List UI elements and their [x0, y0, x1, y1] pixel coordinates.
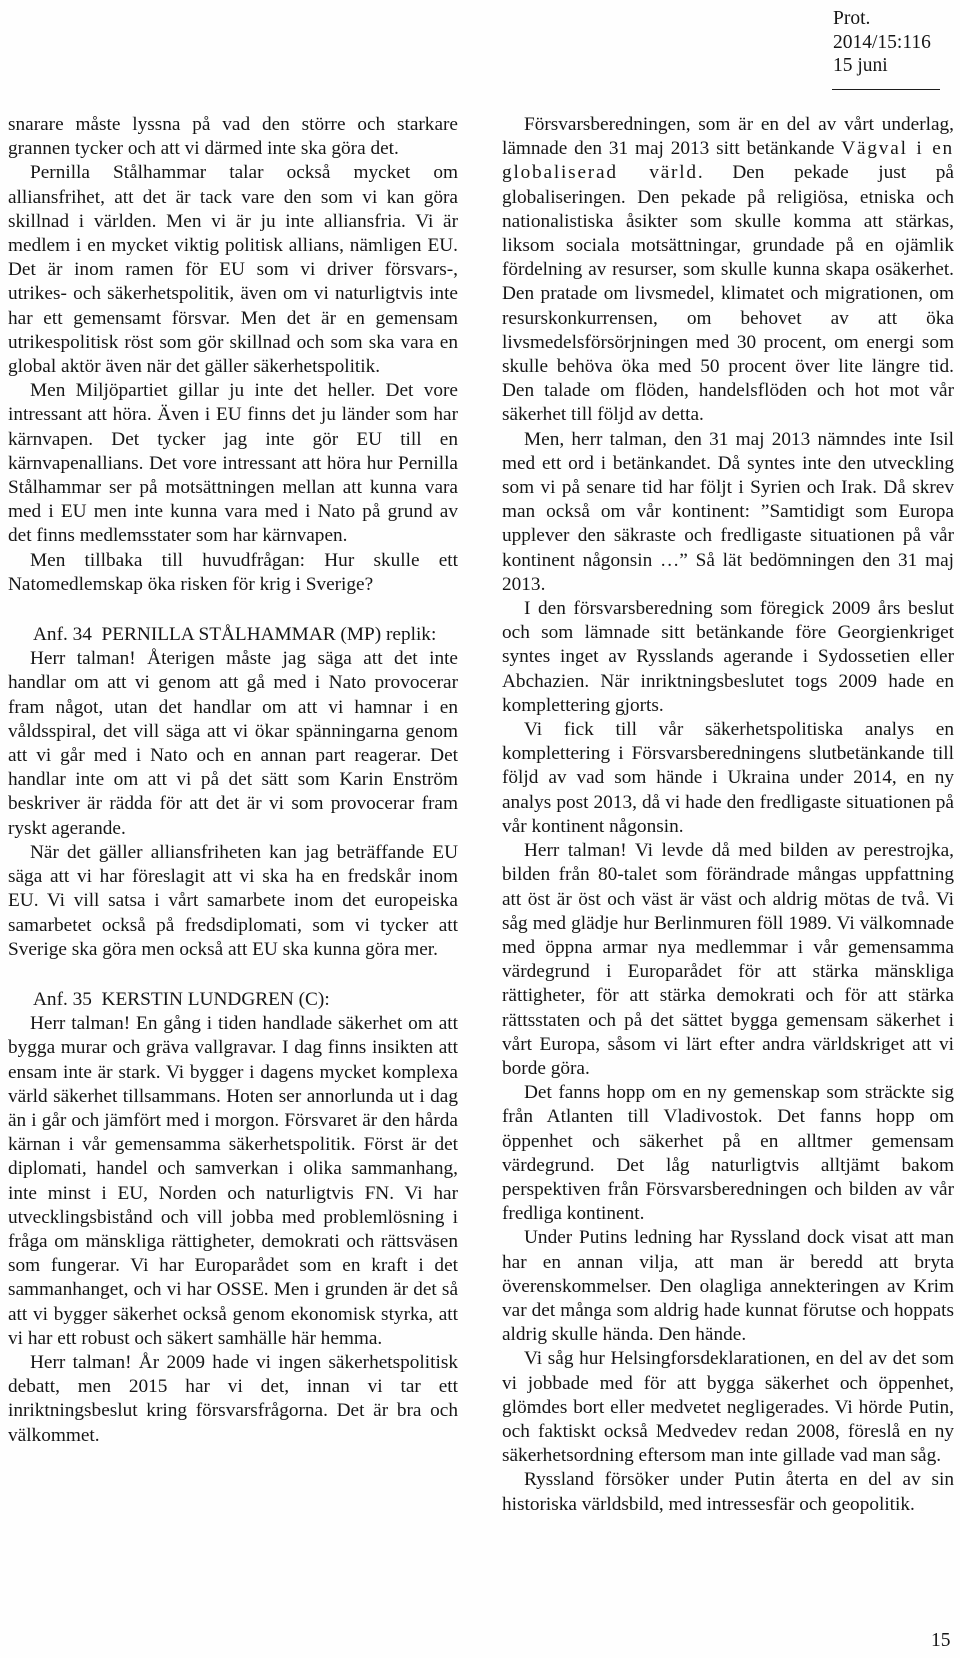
speech-heading: Anf. 35 KERSTIN LUNDGREN (C):: [8, 988, 458, 1012]
paragraph: Herr talman! En gång i tiden handlade sä…: [8, 1012, 458, 1351]
text-column-left: snarare måste lyssna på vad den större o…: [8, 113, 458, 1448]
paragraph: Försvarsberedningen, som är en del av vå…: [502, 113, 954, 428]
paragraph: När det gäller alliansfriheten kan jag b…: [8, 841, 458, 962]
paragraph: Men Miljöpartiet gillar ju inte det hell…: [8, 379, 458, 548]
text-segment: . Den pekade just på globaliseringen. De…: [502, 162, 954, 425]
paragraph: Herr talman! Vi levde då med bilden av p…: [502, 839, 954, 1081]
protocol-page: Prot. 2014/15:116 15 juni snarare måste …: [0, 0, 960, 1658]
paragraph: Pernilla Stålhammar talar också mycket o…: [8, 161, 458, 379]
paragraph: Ryssland försöker under Putin återta en …: [502, 1468, 954, 1516]
header-divider: [832, 89, 940, 90]
paragraph: snarare måste lyssna på vad den större o…: [8, 113, 458, 161]
paragraph: Det fanns hopp om en ny gemenskap som st…: [502, 1081, 954, 1226]
paragraph: Vi såg hur Helsingforsdeklarationen, en …: [502, 1347, 954, 1468]
header-publication: Prot.: [833, 7, 955, 31]
paragraph: Herr talman! År 2009 hade vi ingen säker…: [8, 1351, 458, 1448]
paragraph: I den försvarsberedning som föregick 200…: [502, 597, 954, 718]
speech-heading: Anf. 34 PERNILLA STÅLHAMMAR (MP) replik:: [8, 623, 458, 647]
paragraph: Under Putins ledning har Ryssland dock v…: [502, 1226, 954, 1347]
paragraph: Vi fick till vår säkerhetspolitiska anal…: [502, 718, 954, 839]
page-number: 15: [931, 1629, 951, 1653]
paragraph: Men tillbaka till huvudfrågan: Hur skull…: [8, 549, 458, 597]
header-number: 2014/15:116: [833, 31, 955, 55]
paragraph: Men, herr talman, den 31 maj 2013 nämnde…: [502, 428, 954, 597]
paragraph: Herr talman! Återigen måste jag säga att…: [8, 647, 458, 841]
header-date: 15 juni: [833, 54, 955, 78]
page-header: Prot. 2014/15:116 15 juni: [833, 7, 955, 78]
text-column-right: Försvarsberedningen, som är en del av vå…: [502, 113, 954, 1517]
